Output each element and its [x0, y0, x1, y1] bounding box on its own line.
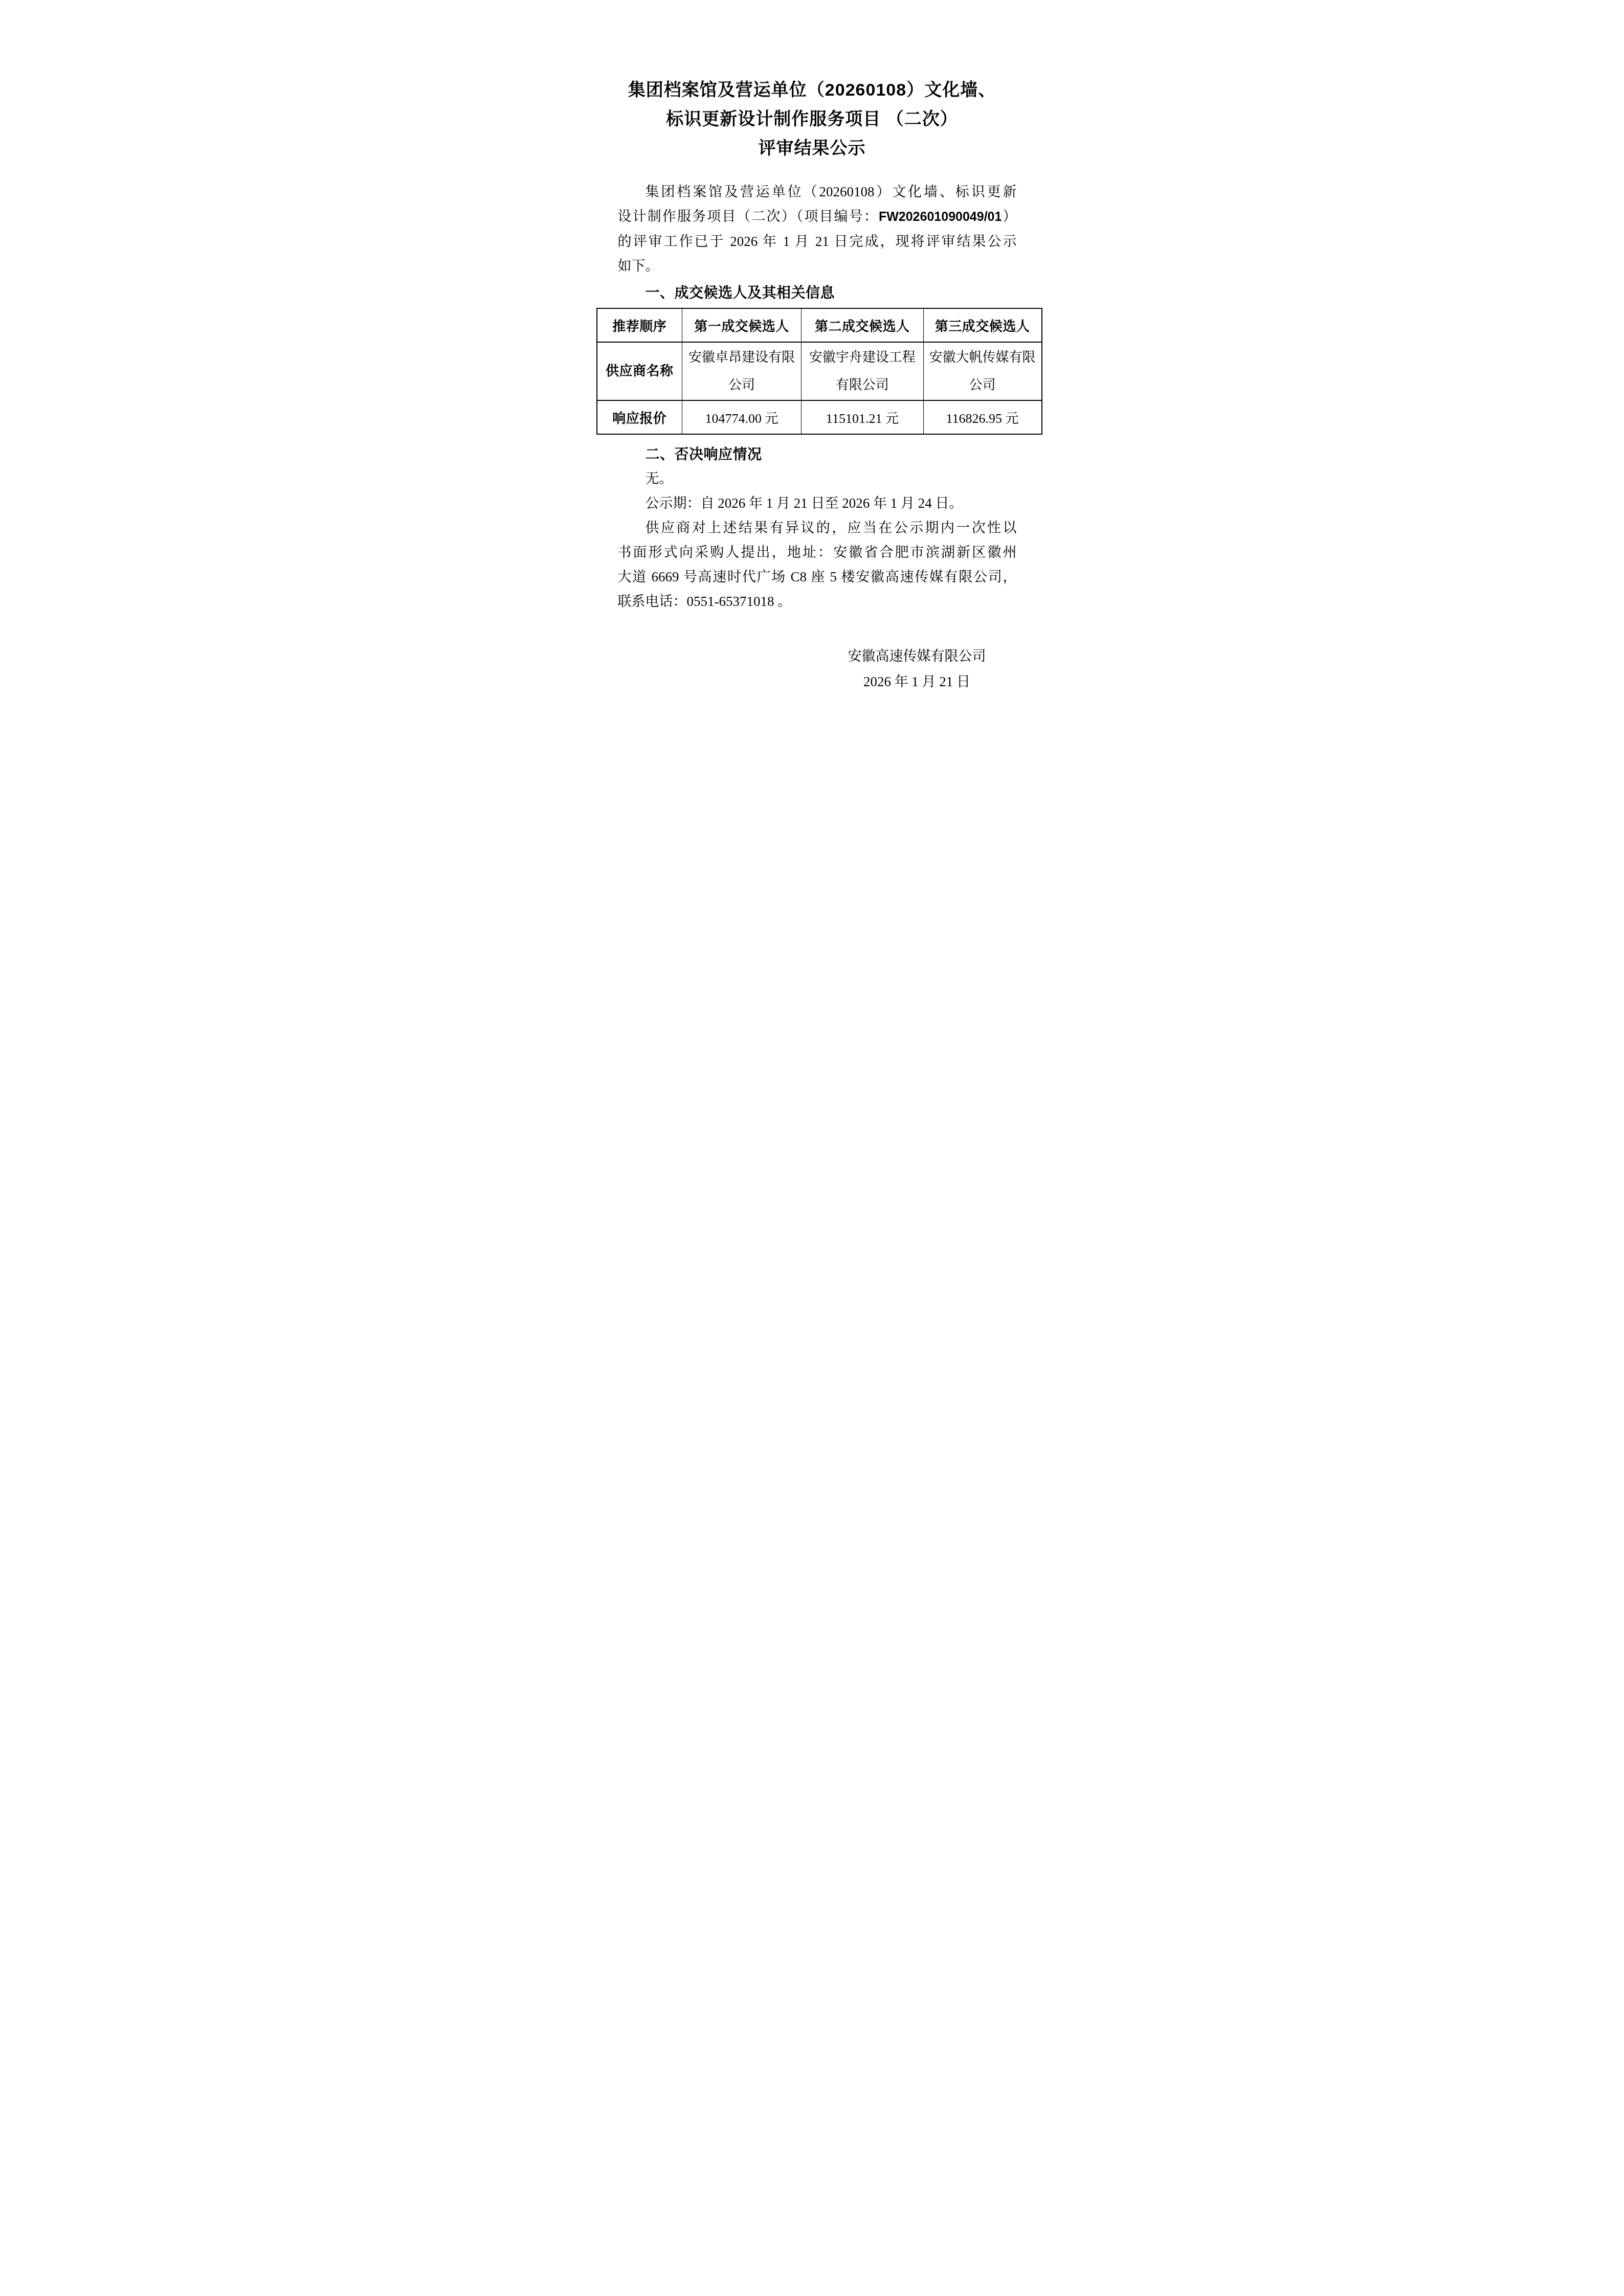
- notice-line-3: 大道 6669 号高速时代广场 C8 座 5 楼安徽高速传媒有限公司，: [618, 565, 1017, 589]
- candidates-table: 推荐顺序 第一成交候选人 第二成交候选人 第三成交候选人 供应商名称 安徽卓昂建…: [596, 308, 1042, 435]
- intro-line-2: 设计制作服务项目（二次）（项目编号：FW202601090049/01）: [618, 204, 1017, 229]
- intro-line-1: 集团档案馆及营运单位（20260108）文化墙、标识更新: [618, 179, 1017, 204]
- header-cell-second-candidate: 第二成交候选人: [802, 308, 923, 342]
- objection-notice-paragraph: 供应商对上述结果有异议的，应当在公示期内一次性以 书面形式向采购人提出，地址：安…: [618, 515, 1017, 614]
- title-line-3: 评审结果公示: [608, 134, 1017, 163]
- signature-company: 安徽高速传媒有限公司: [848, 643, 986, 669]
- title-line-2: 标识更新设计制作服务项目 （二次）: [608, 105, 1017, 134]
- supplier-name-cell-2: 安徽宇舟建设工程有限公司: [802, 342, 923, 400]
- signature-block: 安徽高速传媒有限公司 2026 年 1 月 21 日: [848, 643, 986, 694]
- row-label-supplier-name: 供应商名称: [597, 342, 682, 400]
- title-line-1: 集团档案馆及营运单位（20260108）文化墙、: [608, 76, 1017, 105]
- publicity-period-text: 公示期：自 2026 年 1 月 21 日至 2026 年 1 月 24 日。: [618, 491, 1017, 515]
- document-title: 集团档案馆及营运单位（20260108）文化墙、 标识更新设计制作服务项目 （二…: [608, 76, 1017, 163]
- header-cell-rank: 推荐顺序: [597, 308, 682, 342]
- notice-line-2: 书面形式向采购人提出，地址：安徽省合肥市滨湖新区徽州: [618, 540, 1017, 565]
- response-price-cell-3: 116826.95 元: [923, 400, 1041, 434]
- response-price-cell-1: 104774.00 元: [682, 400, 802, 434]
- intro-line-2-suffix: ）: [1002, 209, 1016, 224]
- section2-heading: 二、否决响应情况: [618, 443, 1017, 466]
- intro-paragraph: 集团档案馆及营运单位（20260108）文化墙、标识更新 设计制作服务项目（二次…: [618, 179, 1017, 278]
- notice-line-4: 联系电话：0551-65371018 。: [618, 589, 1017, 614]
- table-row-response-price: 响应报价 104774.00 元 115101.21 元 116826.95 元: [597, 400, 1042, 434]
- intro-line-2-prefix: 设计制作服务项目（二次）（项目编号：: [618, 209, 879, 224]
- header-cell-first-candidate: 第一成交候选人: [682, 308, 802, 342]
- document-body: 集团档案馆及营运单位（20260108）文化墙、标识更新 设计制作服务项目（二次…: [618, 179, 1017, 694]
- supplier-name-cell-1: 安徽卓昂建设有限公司: [682, 342, 802, 400]
- header-cell-third-candidate: 第三成交候选人: [923, 308, 1041, 342]
- signature-date: 2026 年 1 月 21 日: [848, 669, 986, 694]
- document-page: 集团档案馆及营运单位（20260108）文化墙、 标识更新设计制作服务项目 （二…: [531, 0, 1094, 796]
- supplier-name-cell-3: 安徽大帆传媒有限公司: [923, 342, 1041, 400]
- table-header-row: 推荐顺序 第一成交候选人 第二成交候选人 第三成交候选人: [597, 308, 1042, 342]
- row-label-response-price: 响应报价: [597, 400, 682, 434]
- notice-line-1: 供应商对上述结果有异议的，应当在公示期内一次性以: [618, 515, 1017, 540]
- intro-line-3: 的评审工作已于 2026 年 1 月 21 日完成，现将评审结果公示: [618, 229, 1017, 254]
- response-price-cell-2: 115101.21 元: [802, 400, 923, 434]
- section1-heading: 一、成交候选人及其相关信息: [618, 281, 1017, 305]
- table-row-supplier-name: 供应商名称 安徽卓昂建设有限公司 安徽宇舟建设工程有限公司 安徽大帆传媒有限公司: [597, 342, 1042, 400]
- reject-response-text: 无。: [618, 466, 1017, 491]
- intro-line-4: 如下。: [618, 254, 1017, 278]
- project-code: FW202601090049/01: [879, 210, 1002, 224]
